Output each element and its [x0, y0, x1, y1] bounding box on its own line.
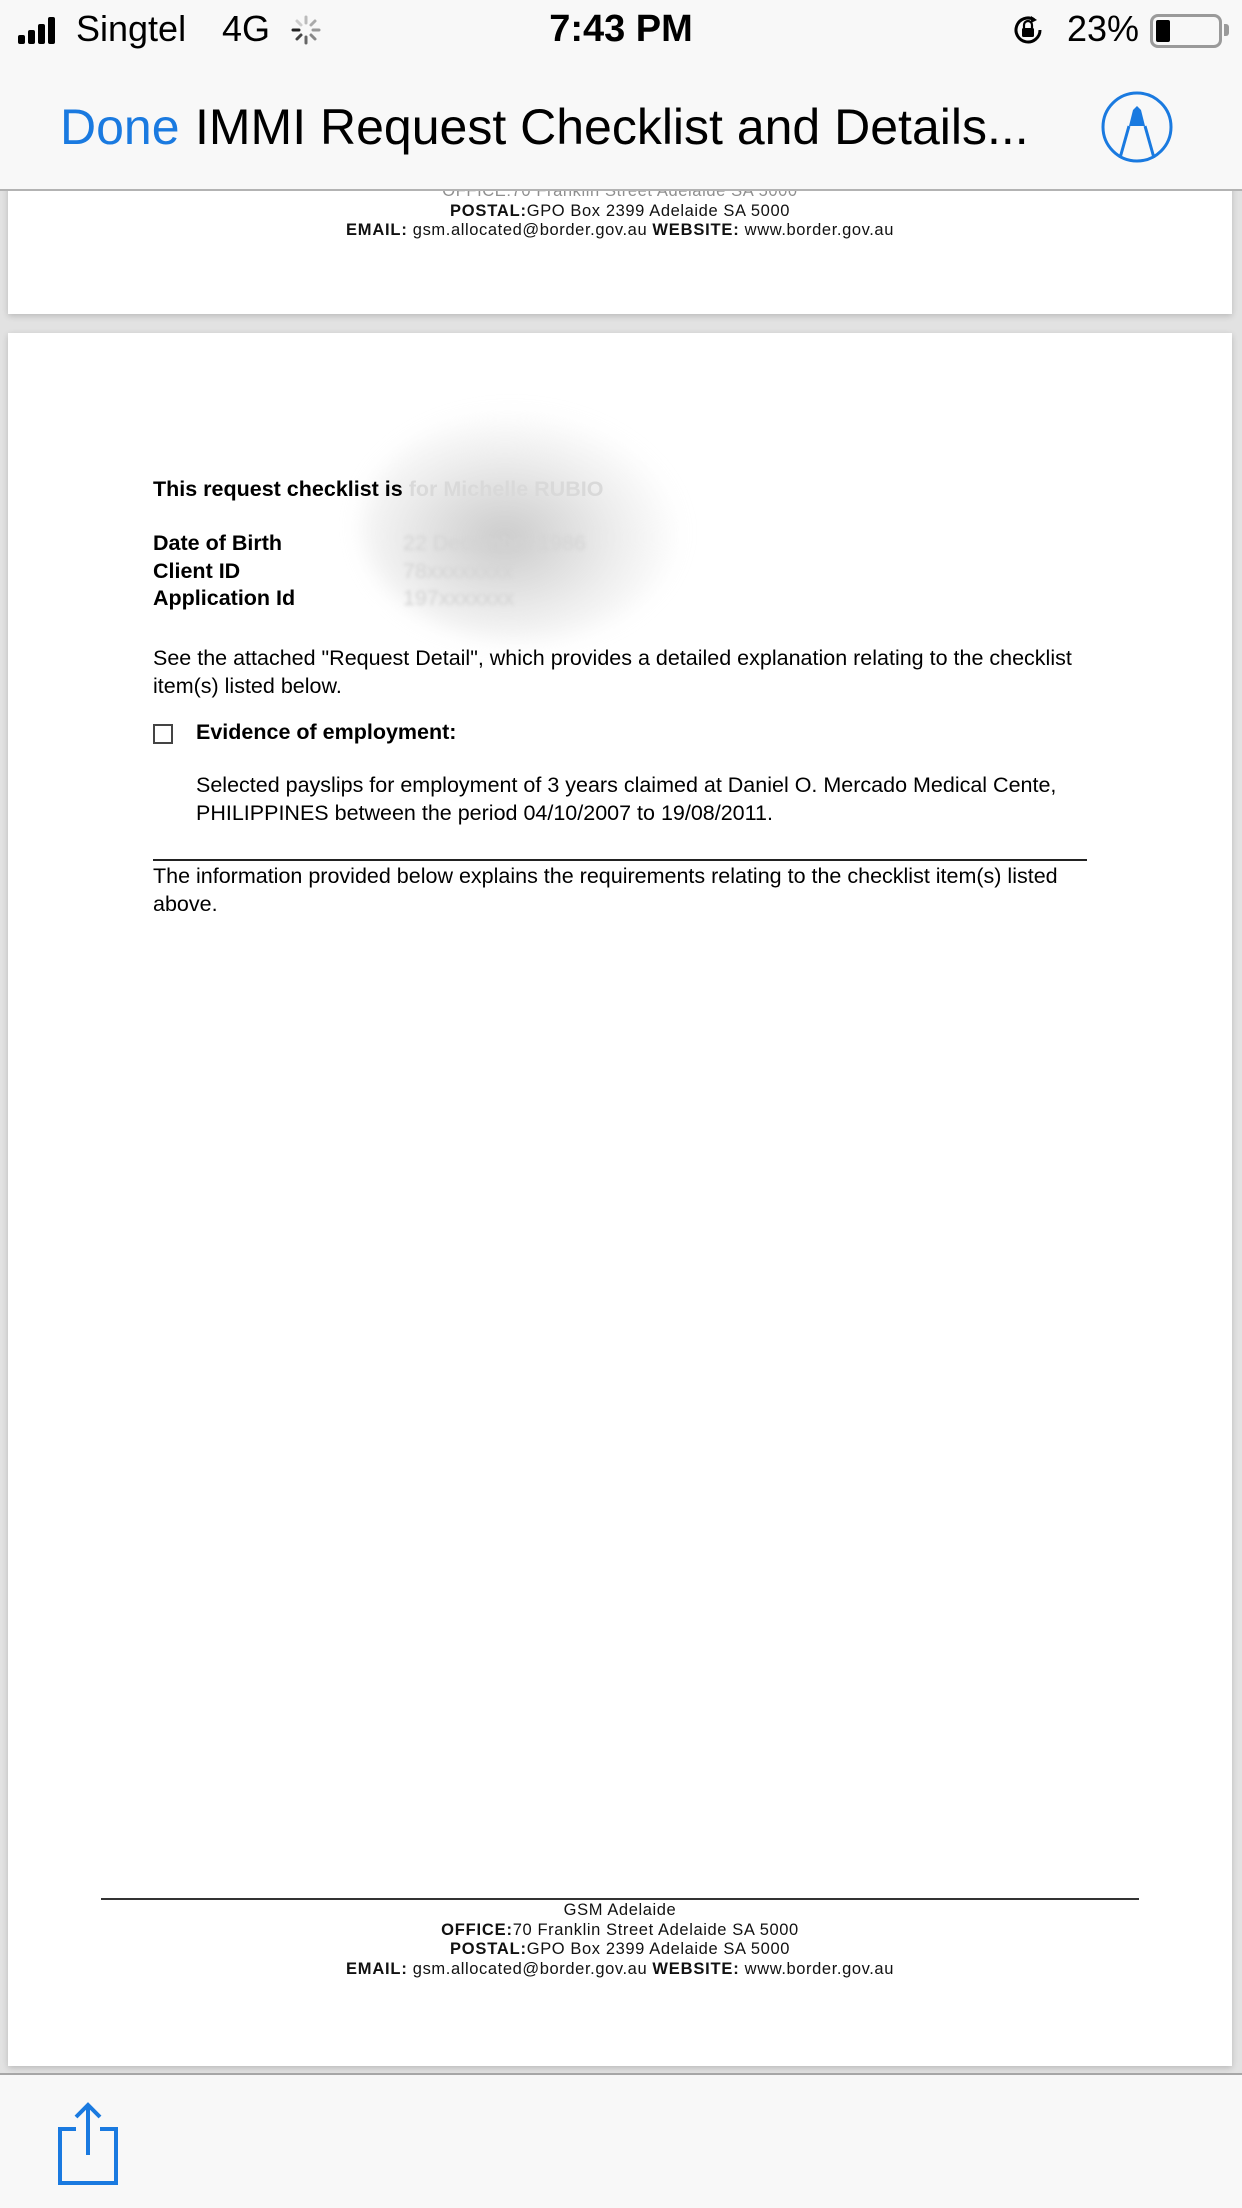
field-value-redacted: 22 December 1986	[403, 529, 586, 557]
email-value: gsm.allocated@border.gov.au	[408, 221, 653, 239]
postal-label: POSTAL:	[450, 1940, 527, 1958]
orientation-lock-icon	[1010, 12, 1046, 48]
field-application-id: Application Id 197xxxxxxx	[153, 584, 295, 612]
checklist-intro: This request checklist is for Michelle R…	[153, 475, 603, 503]
footer-office-line: OFFICE:70 Franklin Street Adelaide SA 50…	[8, 1921, 1232, 1941]
pdf-page-2: This request checklist is for Michelle R…	[8, 333, 1232, 2066]
footer-email-line: EMAIL: gsm.allocated@border.gov.au WEBSI…	[8, 221, 1232, 241]
email-label: EMAIL:	[346, 1960, 408, 1978]
field-label: Date of Birth	[153, 531, 282, 555]
field-value-redacted: 78xxxxxxxx	[403, 557, 513, 585]
office-value: 70 Franklin Street Adelaide SA 5000	[513, 1921, 799, 1939]
field-label: Application Id	[153, 586, 295, 610]
footer-postal-line: POSTAL:GPO Box 2399 Adelaide SA 5000	[8, 1940, 1232, 1960]
footer-email-line: EMAIL: gsm.allocated@border.gov.au WEBSI…	[8, 1960, 1232, 1980]
activity-spinner-icon	[290, 14, 322, 46]
postal-value: GPO Box 2399 Adelaide SA 5000	[527, 202, 790, 220]
checkbox-icon	[153, 724, 173, 744]
network-type: 4G	[222, 8, 270, 50]
website-label: WEBSITE:	[652, 221, 739, 239]
divider	[153, 859, 1087, 861]
battery-level-fill	[1156, 20, 1170, 42]
battery-icon	[1150, 14, 1222, 48]
email-label: EMAIL:	[346, 221, 408, 239]
battery-percent: 23%	[1067, 8, 1139, 50]
field-client-id: Client ID 78xxxxxxxx	[153, 557, 240, 585]
see-attached-paragraph: See the attached "Request Detail", which…	[153, 644, 1073, 700]
share-icon[interactable]	[56, 2101, 122, 2189]
field-value-redacted: 197xxxxxxx	[403, 584, 514, 612]
page-footer: OFFICE:70 Franklin Street Adelaide SA 50…	[8, 191, 1232, 241]
website-value: www.border.gov.au	[740, 1960, 895, 1978]
carrier-name: Singtel	[76, 8, 186, 50]
applicant-name-redacted: for Michelle RUBIO	[409, 477, 604, 501]
website-label: WEBSITE:	[652, 1960, 739, 1978]
postal-value: GPO Box 2399 Adelaide SA 5000	[527, 1940, 790, 1958]
field-label: Client ID	[153, 559, 240, 583]
office-label: OFFICE:	[441, 1921, 513, 1939]
info-below-paragraph: The information provided below explains …	[153, 862, 1073, 918]
signal-bars-icon	[18, 16, 55, 44]
navigation-bar: Done IMMI Request Checklist and Details.…	[0, 62, 1242, 191]
page-footer: GSM Adelaide OFFICE:70 Franklin Street A…	[8, 1901, 1232, 1979]
intro-text: This request checklist is	[153, 477, 409, 501]
footer-divider	[101, 1898, 1139, 1900]
footer-office-line: OFFICE:70 Franklin Street Adelaide SA 50…	[8, 191, 1232, 202]
footer-org: GSM Adelaide	[8, 1901, 1232, 1921]
checklist-item-title: Evidence of employment:	[196, 718, 456, 746]
postal-label: POSTAL:	[450, 202, 527, 220]
document-viewer[interactable]: OFFICE:70 Franklin Street Adelaide SA 50…	[0, 191, 1242, 2073]
battery-tip	[1224, 24, 1229, 36]
markup-pen-icon[interactable]	[1100, 90, 1174, 164]
footer-postal-line: POSTAL:GPO Box 2399 Adelaide SA 5000	[8, 202, 1232, 222]
pdf-page-1: OFFICE:70 Franklin Street Adelaide SA 50…	[8, 191, 1232, 314]
field-date-of-birth: Date of Birth 22 December 1986	[153, 529, 282, 557]
status-bar: Singtel 4G 7:43 PM 23%	[0, 0, 1242, 62]
document-title: IMMI Request Checklist and Details...	[195, 98, 1029, 156]
email-value: gsm.allocated@border.gov.au	[408, 1960, 653, 1978]
bottom-toolbar	[0, 2073, 1242, 2208]
checklist-item-description: Selected payslips for employment of 3 ye…	[196, 771, 1076, 827]
clock: 7:43 PM	[0, 8, 1242, 51]
website-value: www.border.gov.au	[740, 221, 895, 239]
done-button[interactable]: Done	[60, 98, 180, 156]
